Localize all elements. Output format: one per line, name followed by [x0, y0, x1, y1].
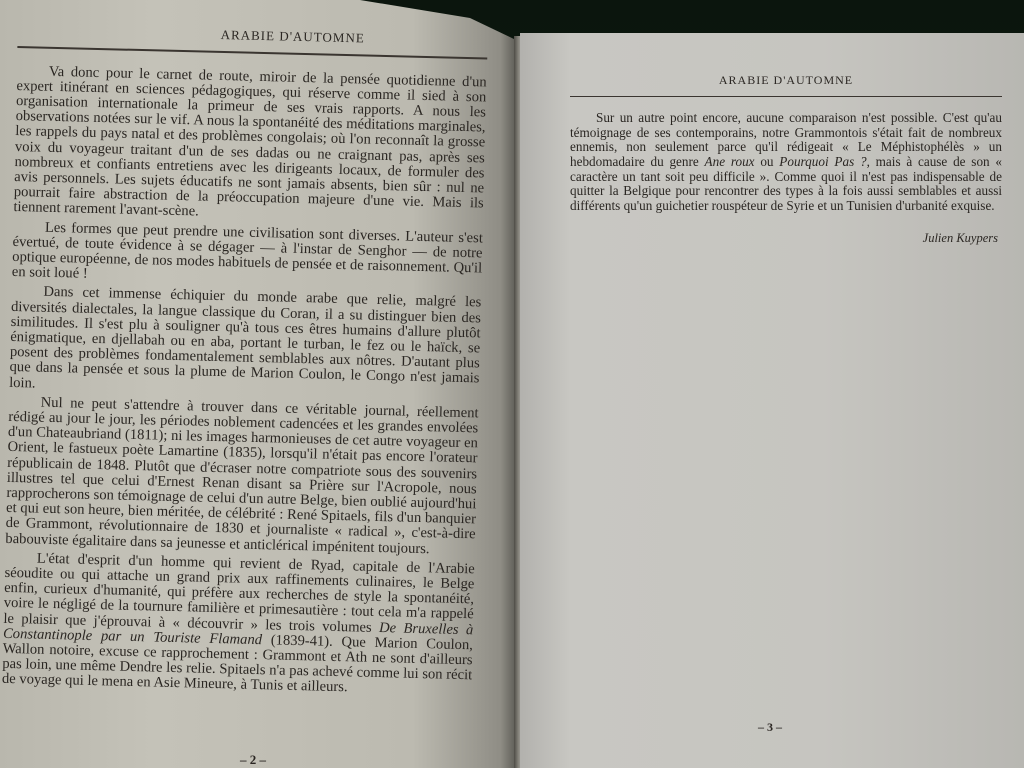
paragraph: Les formes que peut prendre une civilisa… [12, 219, 483, 291]
paragraph: Dans cet immense échiquier du monde arab… [9, 284, 481, 402]
right-page: ARABIE D'AUTOMNE Sur un autre point enco… [520, 33, 1024, 768]
right-body-text: Sur un autre point encore, aucune compar… [570, 111, 1002, 213]
left-body-text: Va donc pour le carnet de route, miroir … [2, 63, 487, 698]
right-running-head: ARABIE D'AUTOMNE [570, 73, 1002, 88]
left-page-content: ARABIE D'AUTOMNE Va donc pour le carnet … [2, 22, 488, 703]
text-run: ou [755, 154, 780, 169]
right-page-content: ARABIE D'AUTOMNE Sur un autre point enco… [570, 73, 1002, 246]
paragraph: Sur un autre point encore, aucune compar… [570, 111, 1002, 213]
paragraph: L'état d'esprit d'un homme qui revient d… [2, 551, 475, 699]
author-signature: Julien Kuypers [570, 231, 1002, 246]
page-number-left: – 2 – [240, 752, 266, 768]
right-header-rule [570, 96, 1002, 97]
paragraph: Va donc pour le carnet de route, miroir … [13, 63, 487, 226]
page-number-right: – 3 – [758, 720, 782, 735]
left-header-rule [17, 46, 487, 59]
paragraph: Nul ne peut s'attendre à trouver dans ce… [5, 395, 479, 558]
journal-title-italic: Ane roux [705, 154, 755, 169]
left-page: ARABIE D'AUTOMNE Va donc pour le carnet … [0, 0, 516, 768]
left-running-head: ARABIE D'AUTOMNE [98, 24, 488, 50]
journal-title-italic: Pourquoi Pas ? [779, 154, 866, 169]
